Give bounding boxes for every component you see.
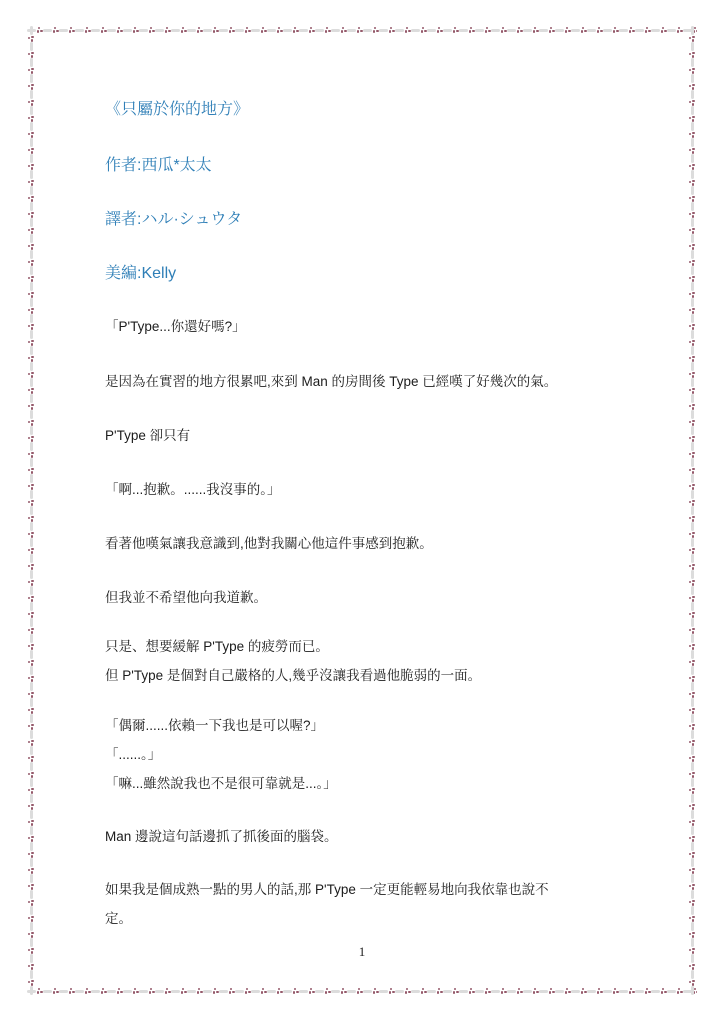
border-dot [689,213,691,215]
border-ornament-three-dot-cluster [688,618,697,634]
border-dash [691,266,694,275]
paragraph-line: 但我並不希望他向我道歉。 [105,583,267,612]
border-dot [28,293,30,295]
border-ornament-three-dot-cluster [27,42,36,58]
paragraph-line: 「偶爾......依賴一下我也是可以喔?」 [105,711,337,740]
border-ornament-three-dot-cluster [688,522,697,538]
border-dot [689,917,691,919]
border-dot [69,991,71,993]
border-dot [54,988,56,990]
border-dot [37,30,39,32]
border-dash [30,618,33,627]
border-dash [30,330,33,339]
border-dash [30,58,33,67]
border-dash [75,29,84,32]
border-dot [692,708,694,710]
border-dash [691,106,694,115]
translator-line: 譯者:ハル·シュウタ [105,209,242,230]
border-dot [689,261,691,263]
paragraph: 「啊...抱歉。......我沒事的。」 [105,475,281,504]
border-dot [689,117,691,119]
border-dash [691,26,694,35]
border-dot [31,420,33,422]
border-dot [692,452,694,454]
border-dash [30,490,33,499]
border-dot [31,404,33,406]
border-dash [30,586,33,595]
border-dash [691,698,694,707]
border-dash [691,394,694,403]
border-dash [75,990,84,993]
border-dash [691,58,694,67]
border-dot [692,900,694,902]
border-ornament-three-dot-cluster [688,586,697,602]
border-ornament-three-dot-cluster [27,762,36,778]
border-dot [692,676,694,678]
border-dot [28,165,30,167]
border-ornament-three-dot-cluster [667,987,683,996]
border-dash [30,570,33,579]
border-dot [28,245,30,247]
border-dash [691,922,694,931]
border-dot [28,133,30,135]
paragraph: 「P'Type...你還好嗎?」 [105,312,246,341]
border-dot [31,516,33,518]
border-ornament-three-dot-cluster [27,714,36,730]
border-dash [691,762,694,771]
border-dash [30,634,33,643]
border-dot [692,532,694,534]
border-ornament-three-dot-cluster [688,698,697,714]
border-dash [691,858,694,867]
border-ornament-three-dot-cluster [27,986,36,996]
border-dash [30,442,33,451]
border-dot [689,613,691,615]
border-dot [692,324,694,326]
border-dot [692,164,694,166]
border-ornament-three-dot-cluster [27,922,36,938]
border-ornament-three-dot-cluster [688,794,697,810]
border-dot [689,965,691,967]
border-dash [691,474,694,483]
border-dot [31,180,33,182]
border-ornament-three-dot-cluster [59,26,75,35]
border-ornament-three-dot-cluster [27,90,36,106]
border-dot [692,276,694,278]
border-dash [30,394,33,403]
border-ornament-three-dot-cluster [27,890,36,906]
border-ornament-three-dot-cluster [27,522,36,538]
border-dot [692,36,694,38]
border-dash [691,810,694,819]
border-dot [28,757,30,759]
border-dash [691,746,694,755]
border-dot [692,516,694,518]
border-dot [28,581,30,583]
paragraph-line: 如果我是個成熟一點的男人的話,那 P'Type 一定更能輕易地向我依靠也說不 [105,875,549,904]
border-dot [689,469,691,471]
border-dot [28,373,30,375]
border-dot [31,308,33,310]
border-dot [31,436,33,438]
border-dot [53,30,55,32]
border-dot [28,933,30,935]
border-dot [28,261,30,263]
border-dot [692,244,694,246]
border-dot [31,164,33,166]
border-dot [692,868,694,870]
border-ornament-three-dot-cluster [688,378,697,394]
border-dot [31,788,33,790]
border-dot [692,356,694,358]
border-dot [31,500,33,502]
border-dot [31,868,33,870]
border-dot [689,709,691,711]
border-dot [689,901,691,903]
border-ornament-three-dot-cluster [688,90,697,106]
border-dash [30,458,33,467]
paragraph-line: P'Type 卻只有 [105,421,190,450]
border-dot [692,964,694,966]
border-dash [30,74,33,83]
border-dot [692,420,694,422]
border-dot [689,133,691,135]
border-dot [28,549,30,551]
border-ornament-three-dot-cluster [688,682,697,698]
border-dot [692,836,694,838]
border-dot [689,597,691,599]
border-ornament-three-dot-cluster [688,634,697,650]
paragraph: 只是、想要緩解 P'Type 的疲勞而已。但 P'Type 是個對自己嚴格的人,… [105,632,481,690]
border-dot [28,357,30,359]
border-dash [691,74,694,83]
border-dot [28,229,30,231]
border-dash [691,522,694,531]
border-dash [30,26,33,35]
border-dot [692,132,694,134]
border-dot [692,180,694,182]
border-ornament-three-dot-cluster [688,810,697,826]
border-ornament-three-dot-cluster [27,586,36,602]
border-ornament-three-dot-cluster [688,74,697,90]
border-ornament-three-dot-cluster [688,730,697,746]
border-ornament-three-dot-cluster [688,234,697,250]
border-ornament-three-dot-cluster [27,602,36,618]
border-ornament-three-dot-cluster [688,138,697,154]
border-dot [689,677,691,679]
border-dash [691,426,694,435]
paragraph: 但我並不希望他向我道歉。 [105,583,267,612]
border-ornament-three-dot-cluster [27,410,36,426]
border-ornament-three-dot-cluster [688,154,697,170]
border-ornament-three-dot-cluster [27,506,36,522]
border-dot [689,293,691,295]
border-dash [691,970,694,979]
border-dot [31,612,33,614]
border-dash [691,250,694,259]
border-dash [30,122,33,131]
border-dash [30,138,33,147]
border-dot [692,500,694,502]
border-ornament-three-dot-cluster [688,330,697,346]
border-dot [86,988,88,990]
border-dash [30,538,33,547]
border-dash [691,282,694,291]
border-dot [31,900,33,902]
border-dash [30,554,33,563]
border-ornament-three-dot-cluster [27,666,36,682]
border-dot [28,869,30,871]
border-dash [691,138,694,147]
border-ornament-three-dot-cluster [27,538,36,554]
border-dot [689,309,691,311]
paragraph-line: Man 邊說這句話邊抓了抓後面的腦袋。 [105,822,338,851]
border-dot [692,740,694,742]
border-dot [38,988,40,990]
border-dash [30,474,33,483]
border-ornament-three-dot-cluster [27,266,36,282]
border-dot [37,991,39,993]
paragraph-line: 但 P'Type 是個對自己嚴格的人,幾乎沒讓我看過他脆弱的一面。 [105,661,481,690]
border-ornament-three-dot-cluster [688,826,697,842]
border-dot [689,629,691,631]
border-dash [691,538,694,547]
border-dot [692,692,694,694]
border-dot [31,548,33,550]
border-dash [30,378,33,387]
border-dot [28,853,30,855]
border-dot [689,421,691,423]
border-dash [30,826,33,835]
border-dot [31,36,33,38]
border-dot [31,820,33,822]
border-dot [692,484,694,486]
border-ornament-three-dot-cluster [688,362,697,378]
border-dot [31,452,33,454]
border-ornament-three-dot-cluster [75,26,91,35]
border-dot [31,468,33,470]
border-dot [85,30,87,32]
border-dot [692,628,694,630]
border-ornament-three-dot-cluster [688,170,697,186]
border-dash [691,794,694,803]
border-dash [30,666,33,675]
border-dot [31,388,33,390]
border-dash [30,298,33,307]
border-ornament-three-dot-cluster [27,58,36,74]
border-ornament-three-dot-cluster [27,74,36,90]
border-dot [31,132,33,134]
border-dot [692,788,694,790]
paragraph-line: 是因為在實習的地方很累吧,來到 Man 的房間後 Type 已經嘆了好幾次的氣。 [105,367,557,396]
border-dot [31,276,33,278]
border-dot [689,53,691,55]
border-dash [691,330,694,339]
border-ornament-three-dot-cluster [27,314,36,330]
border-dash [691,586,694,595]
border-dot [31,660,33,662]
border-dash [691,618,694,627]
border-dot [31,884,33,886]
border-dot [692,228,694,230]
border-ornament-three-dot-cluster [688,186,697,202]
border-dot [31,148,33,150]
border-dot [31,68,33,70]
border-dot [28,645,30,647]
border-dash [691,410,694,419]
page-border-right [688,26,697,996]
border-dash [691,234,694,243]
border-dash [691,778,694,787]
border-dot [689,789,691,791]
border-dash [30,218,33,227]
doc-title: 《只屬於你的地方》 [105,99,249,120]
border-dot [692,804,694,806]
border-dot [31,932,33,934]
border-dot [689,693,691,695]
border-dot [31,708,33,710]
border-dash [30,810,33,819]
border-dot [689,533,691,535]
border-dot [689,581,691,583]
border-dot [689,229,691,231]
border-dot [689,741,691,743]
border-dot [28,117,30,119]
border-dot [28,773,30,775]
border-dot [31,228,33,230]
border-ornament-three-dot-cluster [27,794,36,810]
border-dot [86,27,88,29]
border-dot [689,389,691,391]
border-dash [91,990,100,993]
border-dot [28,37,30,39]
border-dot [692,644,694,646]
border-dot [28,181,30,183]
border-dot [28,789,30,791]
border-ornament-three-dot-cluster [27,26,36,42]
border-ornament-three-dot-cluster [27,458,36,474]
border-dash [30,922,33,931]
border-dot [28,389,30,391]
border-ornament-three-dot-cluster [27,250,36,266]
border-dash [691,314,694,323]
border-dot [28,341,30,343]
border-dot [689,565,691,567]
border-dot [31,52,33,54]
border-dot [28,629,30,631]
border-dot [689,165,691,167]
border-dot [689,757,691,759]
border-ornament-three-dot-cluster [75,987,91,996]
border-dot [28,661,30,663]
border-dash [30,762,33,771]
border-dot [689,549,691,551]
border-dash [691,650,694,659]
border-dot [678,27,680,29]
border-dash [30,314,33,323]
paragraph: Man 邊說這句話邊抓了抓後面的腦袋。 [105,822,338,851]
border-dash [691,298,694,307]
page-border-left [27,26,36,996]
border-ornament-three-dot-cluster [688,714,697,730]
border-dot [689,277,691,279]
border-dash [691,170,694,179]
document-page: 《只屬於你的地方》 作者:西瓜*太太 譯者:ハル·シュウタ 美編:Kelly 「… [0,0,724,1024]
paragraph: 「偶爾......依賴一下我也是可以喔?」「......。」「嘛...雖然說我也… [105,711,337,798]
border-dot [28,965,30,967]
border-dot [692,116,694,118]
border-dot [28,197,30,199]
border-dot [31,644,33,646]
border-ornament-three-dot-cluster [27,218,36,234]
border-ornament-three-dot-cluster [59,987,75,996]
border-ornament-three-dot-cluster [667,26,683,35]
border-dot [31,532,33,534]
border-dash [30,698,33,707]
border-dash [691,906,694,915]
border-dash [30,682,33,691]
border-dot [28,485,30,487]
border-ornament-three-dot-cluster [688,602,697,618]
border-dot [31,980,33,982]
border-dot [692,100,694,102]
border-dot [31,564,33,566]
border-dash [30,410,33,419]
border-dot [31,324,33,326]
paragraph: 看著他嘆氣讓我意識到,他對我關心他這件事感到抱歉。 [105,529,433,558]
border-ornament-three-dot-cluster [688,122,697,138]
border-dash [30,426,33,435]
border-ornament-three-dot-cluster [688,858,697,874]
border-ornament-three-dot-cluster [688,474,697,490]
border-ornament-three-dot-cluster [27,618,36,634]
border-dash [691,506,694,515]
border-dash [30,234,33,243]
border-dot [689,805,691,807]
border-dash [30,170,33,179]
border-dot [692,852,694,854]
border-dot [28,309,30,311]
border-dot [689,341,691,343]
border-dot [28,981,30,983]
border-dash [30,602,33,611]
border-dot [692,340,694,342]
border-dot [689,373,691,375]
border-dash [30,266,33,275]
paragraph-line: 「P'Type...你還好嗎?」 [105,312,246,341]
border-dash [30,346,33,355]
border-ornament-three-dot-cluster [27,106,36,122]
border-ornament-three-dot-cluster [27,186,36,202]
border-dot [689,725,691,727]
border-ornament-three-dot-cluster [27,682,36,698]
border-ornament-three-dot-cluster [27,746,36,762]
border-dot [692,468,694,470]
border-dot [689,453,691,455]
border-dash [691,730,694,739]
border-dot [53,991,55,993]
border-ornament-three-dot-cluster [688,410,697,426]
border-dash [691,826,694,835]
border-dot [31,692,33,694]
border-dot [678,988,680,990]
border-dot [31,580,33,582]
border-dot [692,404,694,406]
border-dot [28,613,30,615]
paragraph: P'Type 卻只有 [105,421,190,450]
border-dot [689,933,691,935]
border-ornament-three-dot-cluster [27,394,36,410]
